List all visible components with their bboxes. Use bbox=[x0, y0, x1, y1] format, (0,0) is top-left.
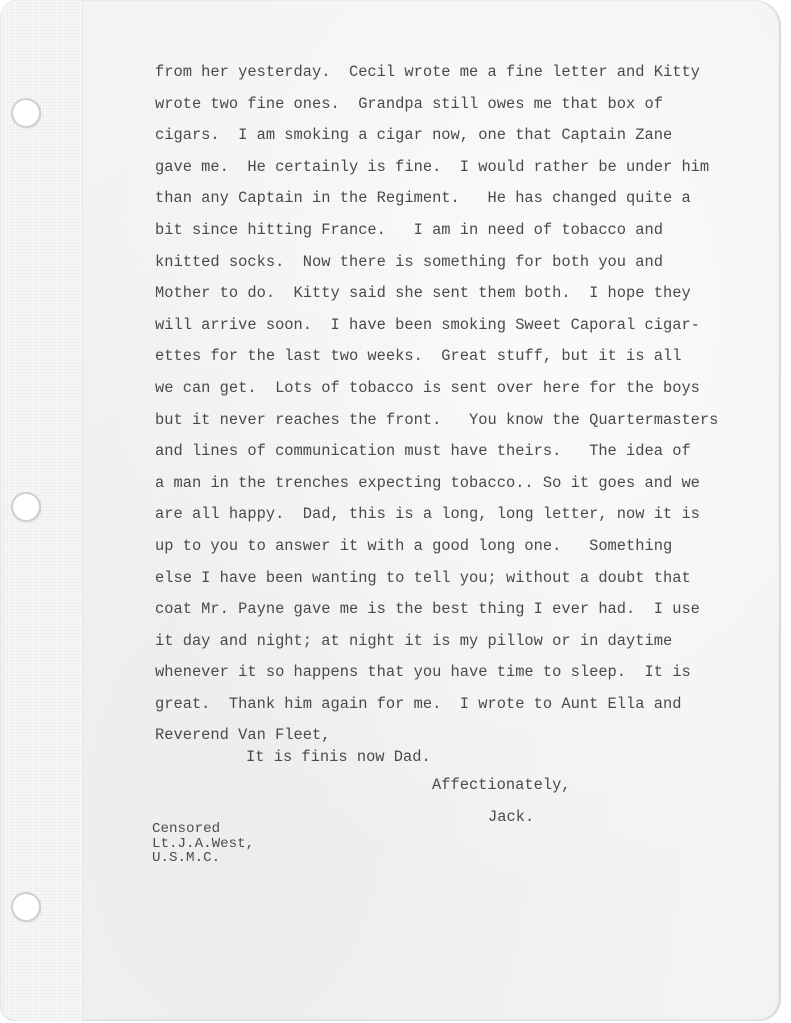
letter-line: than any Captain in the Regiment. He has… bbox=[155, 183, 718, 215]
punch-hole-top bbox=[13, 100, 39, 126]
letter-line: will arrive soon. I have been smoking Sw… bbox=[155, 310, 718, 342]
letter-line: a man in the trenches expecting tobacco.… bbox=[155, 468, 718, 500]
letter-line: ettes for the last two weeks. Great stuf… bbox=[155, 341, 718, 373]
letter-line: are all happy. Dad, this is a long, long… bbox=[155, 499, 718, 531]
letter-line: gave me. He certainly is fine. I would r… bbox=[155, 152, 718, 184]
letter-line: knitted socks. Now there is something fo… bbox=[155, 247, 718, 279]
letter-line: up to you to answer it with a good long … bbox=[155, 531, 718, 563]
censor-line: U.S.M.C. bbox=[152, 851, 254, 866]
closing-line: It is finis now Dad. bbox=[246, 747, 431, 767]
letter-line: whenever it so happens that you have tim… bbox=[155, 657, 718, 689]
valediction: Affectionately, bbox=[432, 775, 571, 795]
punch-hole-bottom bbox=[13, 894, 39, 920]
letter-line: Reverend Van Fleet, bbox=[155, 720, 718, 752]
letter-line: and lines of communication must have the… bbox=[155, 436, 718, 468]
letter-line: it day and night; at night it is my pill… bbox=[155, 626, 718, 658]
letter-line: else I have been wanting to tell you; wi… bbox=[155, 563, 718, 595]
letter-line: we can get. Lots of tobacco is sent over… bbox=[155, 373, 718, 405]
letter-body: from her yesterday. Cecil wrote me a fin… bbox=[155, 57, 718, 752]
punch-hole-middle bbox=[13, 494, 39, 520]
letter-line: cigars. I am smoking a cigar now, one th… bbox=[155, 120, 718, 152]
letter-line: coat Mr. Payne gave me is the best thing… bbox=[155, 594, 718, 626]
censor-stamp: Censored Lt.J.A.West, U.S.M.C. bbox=[152, 822, 254, 866]
letter-line: from her yesterday. Cecil wrote me a fin… bbox=[155, 57, 718, 89]
letter-line: wrote two fine ones. Grandpa still owes … bbox=[155, 89, 718, 121]
letter-line: bit since hitting France. I am in need o… bbox=[155, 215, 718, 247]
signature: Jack. bbox=[488, 807, 534, 827]
letter-page: from her yesterday. Cecil wrote me a fin… bbox=[0, 0, 781, 1021]
letter-line: Mother to do. Kitty said she sent them b… bbox=[155, 278, 718, 310]
censor-line: Lt.J.A.West, bbox=[152, 837, 254, 852]
letter-line: but it never reaches the front. You know… bbox=[155, 405, 718, 437]
letter-line: great. Thank him again for me. I wrote t… bbox=[155, 689, 718, 721]
censor-line: Censored bbox=[152, 822, 254, 837]
